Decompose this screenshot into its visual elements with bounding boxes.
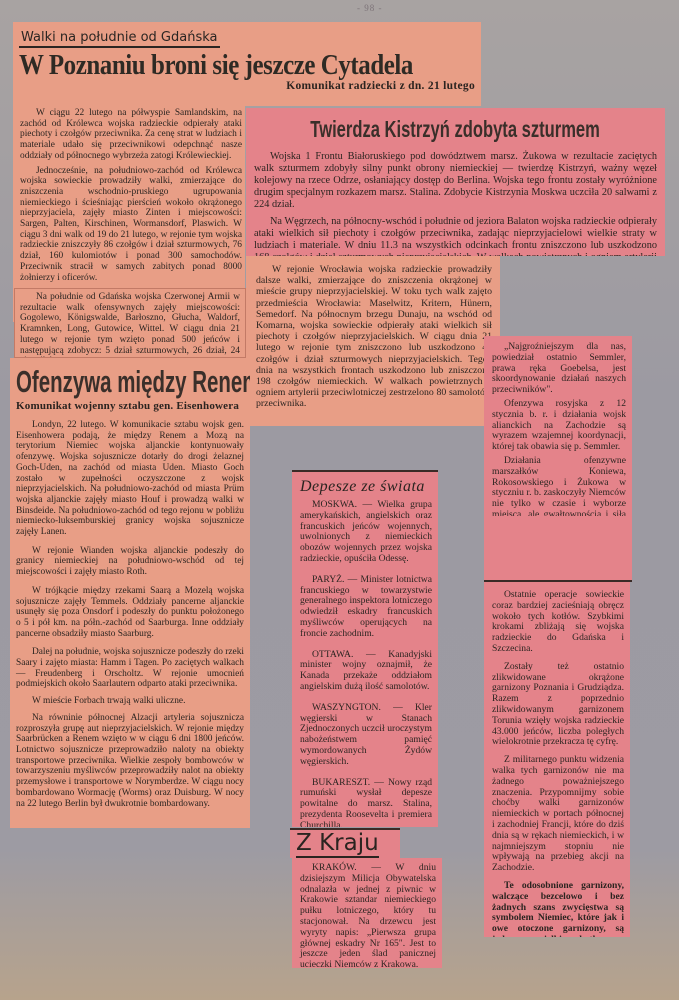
paragraph: W rejonie Wianden wojska aljanckie podes… [16, 546, 244, 578]
paragraph: W mieście Forbach trwają walki uliczne. [16, 696, 244, 707]
paragraph: Zostały też ostatnio zlikwidowane okrążo… [492, 662, 624, 748]
paragraph: Ostatnie operacje sowieckie coraz bardzi… [492, 590, 624, 655]
paragraph: Z militarnego punktu widzenia walka tych… [492, 755, 624, 874]
dispatch-item: OTTAWA. — Kanadyjski minister wojny ozna… [300, 650, 432, 693]
paragraph: W rejonie Wrocławia wojska radzieckie pr… [256, 264, 492, 410]
clipping-gdansk: Na południe od Gdańska wojska Czerwonej … [14, 288, 246, 358]
depesze-title: Depesze ze świata [300, 478, 432, 496]
paragraph: Działania ofenzywne marszałków Koniewa, … [492, 456, 626, 516]
paragraph: Te odosobnione garnizony, walczące bezce… [492, 881, 624, 937]
clipping-z-kraju: KRAKÓW. — W dniu dzisiejszym Milicja Oby… [292, 858, 442, 968]
divider [292, 470, 438, 472]
clipping-poznan-header: Walki na południe od Gdańska W Poznaniu … [13, 22, 481, 106]
paragraph: Na Węgrzech, na północny-wschód i połudn… [254, 216, 657, 256]
dispatch-item: MOSKWA. — Wielka grupa amerykańskich, an… [300, 500, 432, 565]
clipping-depesze: Depesze ze świata MOSKWA. — Wielka grupa… [292, 470, 438, 827]
dispatch-item: WASZYNGTON. — Kler węgierski w Stanach Z… [300, 703, 432, 768]
paragraph: W trójkącie między rzekami Saarą a Mozel… [16, 586, 244, 640]
headline-kistrzyn: Twierdza Kistrzyń zdobyta szturmem [311, 116, 601, 143]
headline-ofensywa: Ofenzywa między Renem a Mozą [16, 364, 166, 400]
subheadline-ofensywa: Komunikat wojenny sztabu gen. Eisenhower… [16, 400, 244, 412]
clipping-z-kraju-title: Z Kraju [290, 828, 400, 858]
paragraph: Wojska 1 Frontu Białoruskiego pod dowódz… [254, 151, 657, 211]
poznan-body: W ciągu 22 lutego na półwyspie Samlandsk… [20, 108, 242, 308]
clipping-wroclaw: W rejonie Wrocławia wojska radzieckie pr… [246, 256, 500, 426]
clipping-kistrzyn: Twierdza Kistrzyń zdobyta szturmem Wojsk… [246, 108, 665, 256]
paragraph: KRAKÓW. — W dniu dzisiejszym Milicja Oby… [300, 863, 436, 968]
paragraph: „Najgroźniejszym dla nas, powiedział ost… [492, 342, 626, 396]
paragraph: Jednocześnie, na południowo-zachód od Kr… [20, 166, 242, 284]
clipping-right-column-1b [484, 516, 632, 582]
headline-poznan: W Poznaniu broni się jeszcze Cytadela [19, 49, 411, 82]
z-kraju-title: Z Kraju [296, 830, 379, 858]
clipping-right-column-1: „Najgroźniejszym dla nas, powiedział ost… [484, 336, 632, 516]
dispatch-item: PARYŻ. — Minister lotnictwa francuskiego… [300, 575, 432, 640]
kicker: Walki na południe od Gdańska [19, 30, 220, 48]
clipping-right-column-2: Ostatnie operacje sowieckie coraz bardzi… [484, 582, 630, 937]
paragraph: Ofenzywa rosyjska z 12 stycznia b. r. i … [492, 399, 626, 453]
paragraph: Na równinie północnej Alzacji artyleria … [16, 713, 244, 809]
clipping-ofensywa: Ofenzywa między Renem a Mozą Komunikat w… [10, 358, 250, 828]
paragraph: Londyn, 22 lutego. W komunikacie sztabu … [16, 420, 244, 538]
page-number-mark: - 98 - [357, 3, 383, 13]
paragraph: W ciągu 22 lutego na półwyspie Samlandsk… [20, 108, 242, 162]
paragraph: Dalej na południe, wojska sojusznicze po… [16, 647, 244, 690]
dispatch-item: BUKARESZT. — Nowy rząd rumuński wysłał d… [300, 778, 432, 827]
paragraph: Na południe od Gdańska wojska Czerwonej … [20, 292, 240, 358]
